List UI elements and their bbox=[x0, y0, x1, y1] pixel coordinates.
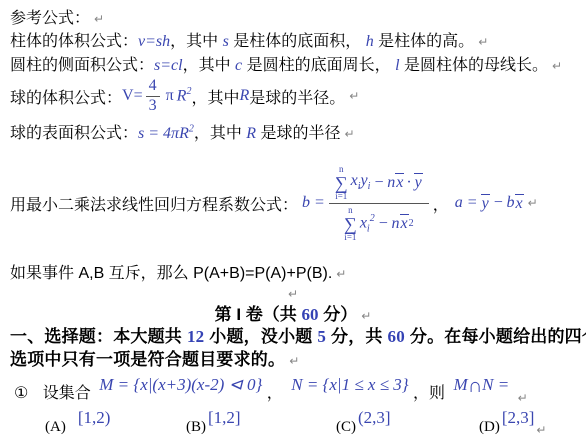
math-token: R2 bbox=[177, 86, 192, 105]
x-var: x bbox=[360, 214, 367, 231]
mutually-exclusive-line: 如果事件 A,B 互斥，那么 P(A+B)=P(A)+P(B).↵ bbox=[10, 260, 346, 283]
set-n-expression: N = {x|1 ≤ x ≤ 3} bbox=[291, 375, 408, 394]
cn-text: ，则 bbox=[413, 385, 445, 402]
answer-option-c: (C)(2,3] bbox=[336, 416, 391, 436]
pilcrow-mark: ↵ bbox=[361, 309, 371, 323]
fraction-four-thirds: 43 bbox=[146, 78, 160, 115]
math-token: xiyi bbox=[351, 172, 371, 192]
answer-option-a: (A)[1,2) bbox=[45, 416, 110, 436]
pi-symbol: π bbox=[166, 87, 174, 105]
cn-comma: ， bbox=[267, 385, 283, 402]
question-intro: 设集合 bbox=[43, 385, 91, 402]
y-bar: y bbox=[481, 194, 490, 213]
minus-sign: − bbox=[493, 194, 504, 212]
option-value: [1,2] bbox=[208, 408, 241, 427]
cn-text: 是圆柱的底面周长， bbox=[242, 57, 395, 74]
minus-sign: − bbox=[378, 215, 389, 233]
cn-text: ，其中 bbox=[183, 57, 235, 74]
sigma-notation: n∑i=1 bbox=[335, 165, 348, 201]
math-token: R bbox=[239, 87, 249, 105]
sigma-symbol: ∑ bbox=[344, 215, 357, 233]
math-token: R bbox=[246, 125, 256, 142]
pilcrow-mark: ↵ bbox=[288, 287, 298, 301]
cn-text: 选项中只有一项是符合题目要求的。 bbox=[10, 350, 285, 369]
cn-text: 分。在每小题给出的四个 bbox=[405, 327, 586, 346]
x-bar: x bbox=[395, 173, 404, 192]
cn-text: 是圆柱体的母线长。 bbox=[400, 57, 548, 74]
section-instructions-line1: 一、选择题：本大题共 12 小题，没小题 5 分，共 60 分。在每小题给出的四… bbox=[10, 322, 586, 347]
y-var: y bbox=[361, 172, 368, 189]
count-number: 12 bbox=[187, 327, 204, 346]
option-value: (2,3] bbox=[358, 408, 391, 427]
math-token: s=cl bbox=[154, 57, 183, 74]
sigma-symbol: ∑ bbox=[335, 174, 348, 192]
cn-text: 如果事件 A,B 互斥，那么 P(A+B)=P(A)+P(B). bbox=[10, 265, 332, 282]
pilcrow-mark: ↵ bbox=[536, 423, 546, 437]
math-token: n bbox=[387, 174, 395, 192]
pilcrow-mark: ↵ bbox=[528, 196, 538, 210]
fraction-numerator: 4 bbox=[146, 78, 160, 97]
option-label: (A) bbox=[45, 419, 66, 435]
math-token: s = 4π bbox=[138, 125, 179, 142]
fraction-denominator: 3 bbox=[149, 97, 157, 115]
i-subscript: i bbox=[368, 182, 371, 193]
cn-comma: ， bbox=[433, 192, 449, 215]
document-page: 参考公式：↵ 柱体的体积公式：v=sh，其中 s 是柱体的底面积， h 是柱体的… bbox=[0, 0, 586, 444]
answer-option-b: (B)[1,2] bbox=[186, 416, 241, 436]
answer-option-d: (D)[2,3]↵ bbox=[479, 416, 546, 436]
dot-operator: · bbox=[406, 174, 411, 192]
radius-var: R bbox=[179, 125, 189, 142]
pilcrow-mark: ↵ bbox=[336, 267, 346, 281]
score-number: 5 bbox=[317, 327, 326, 346]
sphere-surface-formula-line: 球的表面积公式：s = 4πR2，其中 R 是球的半径↵ bbox=[10, 120, 355, 143]
cn-text: ，其中 bbox=[194, 125, 246, 142]
cylinder-volume-formula-line: 柱体的体积公式：v=sh，其中 s 是柱体的底面积， h 是柱体的高。↵ bbox=[10, 28, 488, 51]
x-var: x bbox=[351, 172, 358, 189]
y-var: y bbox=[482, 195, 489, 212]
b-equals: b = bbox=[302, 194, 325, 212]
formula-label: 球的体积公式： bbox=[10, 85, 122, 108]
pilcrow-mark: ↵ bbox=[478, 35, 488, 49]
question-number: ① bbox=[14, 385, 28, 402]
math-token: V= bbox=[122, 87, 143, 105]
math-token: n bbox=[392, 215, 400, 233]
minus-sign: − bbox=[373, 174, 384, 192]
y-bar: y bbox=[414, 173, 423, 192]
heading-text: 参考公式： bbox=[10, 10, 90, 27]
formula-label: 柱体的体积公式： bbox=[10, 33, 138, 50]
pilcrow-mark: ↵ bbox=[552, 59, 562, 73]
exponent: 2 bbox=[370, 213, 375, 224]
regression-fraction: n∑i=1 xiyi − nx·y n∑i=1 xi2 − nx2 bbox=[329, 165, 429, 242]
i-subscript: i bbox=[367, 223, 370, 234]
option-label: (B) bbox=[186, 419, 206, 435]
cn-text: ，其中 bbox=[170, 33, 222, 50]
question-1: ① 设集合 M = {x|(x+3)(x-2) ⊲ 0} ， N = {x|1 … bbox=[10, 372, 528, 396]
cn-text: 是球的半径 bbox=[256, 125, 340, 142]
cn-text: 是柱体的高。 bbox=[374, 33, 474, 50]
pilcrow-mark: ↵ bbox=[289, 354, 299, 368]
cn-text: 小题，没小题 bbox=[204, 327, 317, 346]
sphere-volume-formula-line: 球的体积公式： V= 43 π R2 ，其中 R 是球的半径。 ↵ bbox=[10, 78, 359, 114]
cn-text: 是柱体的底面积， bbox=[229, 33, 366, 50]
n-equals: N = bbox=[482, 375, 509, 394]
m-var: M bbox=[454, 375, 468, 394]
radius-var: R bbox=[177, 88, 187, 105]
formula-label: 球的表面积公式： bbox=[10, 125, 138, 142]
math-token: v=sh bbox=[138, 33, 170, 50]
math-token: xi2 bbox=[360, 213, 375, 235]
sum-lower-limit: i=1 bbox=[344, 233, 356, 242]
n-var: n bbox=[387, 174, 395, 191]
score-number: 60 bbox=[388, 327, 405, 346]
math-token: h bbox=[366, 33, 374, 50]
pilcrow-mark: ↵ bbox=[345, 127, 355, 141]
regression-formula-line: 用最小二乘法求线性回归方程系数公式： b = n∑i=1 xiyi − nx·y… bbox=[10, 158, 538, 248]
cn-text: 是球的半径。 bbox=[249, 85, 345, 108]
pilcrow-mark: ↵ bbox=[349, 89, 359, 103]
n-var: n bbox=[392, 215, 400, 232]
cylinder-lateral-area-formula-line: 圆柱的侧面积公式：s=cl，其中 c 是圆柱的底面周长， l 是圆柱体的母线长。… bbox=[10, 52, 562, 75]
pilcrow-mark: ↵ bbox=[94, 12, 104, 26]
fraction-denominator: n∑i=1 xi2 − nx2 bbox=[344, 204, 414, 242]
x-bar: x bbox=[400, 214, 409, 233]
x-var: x bbox=[396, 174, 403, 191]
math-token: R2 bbox=[179, 125, 194, 142]
x-var: x bbox=[516, 195, 523, 212]
set-m-expression: M = {x|(x+3)(x-2) ⊲ 0} bbox=[99, 375, 262, 394]
intersection-symbol: ∩ bbox=[468, 375, 482, 397]
x-bar: x bbox=[515, 194, 524, 213]
cn-text: ，其中 bbox=[191, 85, 239, 108]
formula-label: 圆柱的侧面积公式： bbox=[10, 57, 154, 74]
section-instructions-line2: 选项中只有一项是符合题目要求的。↵ bbox=[10, 345, 299, 370]
option-label: (C) bbox=[336, 419, 356, 435]
cn-text: 分，共 bbox=[326, 327, 387, 346]
sum-lower-limit: i=1 bbox=[335, 192, 347, 201]
option-value: [1,2) bbox=[78, 408, 111, 427]
fraction-numerator: n∑i=1 xiyi − nx·y bbox=[329, 165, 429, 204]
y-var: y bbox=[415, 174, 422, 191]
sigma-notation: n∑i=1 bbox=[344, 206, 357, 242]
option-value: [2,3] bbox=[502, 408, 535, 427]
cn-text: 一、选择题：本大题共 bbox=[10, 327, 187, 346]
reference-formulas-heading: 参考公式：↵ bbox=[10, 5, 104, 28]
formula-label: 用最小二乘法求线性回归方程系数公式： bbox=[10, 192, 298, 215]
exponent: 2 bbox=[409, 218, 414, 229]
b-var: b bbox=[507, 194, 515, 212]
a-equals: a = bbox=[455, 194, 478, 212]
x-var: x bbox=[401, 215, 408, 232]
pilcrow-mark: ↵ bbox=[518, 391, 528, 405]
option-label: (D) bbox=[479, 419, 500, 435]
